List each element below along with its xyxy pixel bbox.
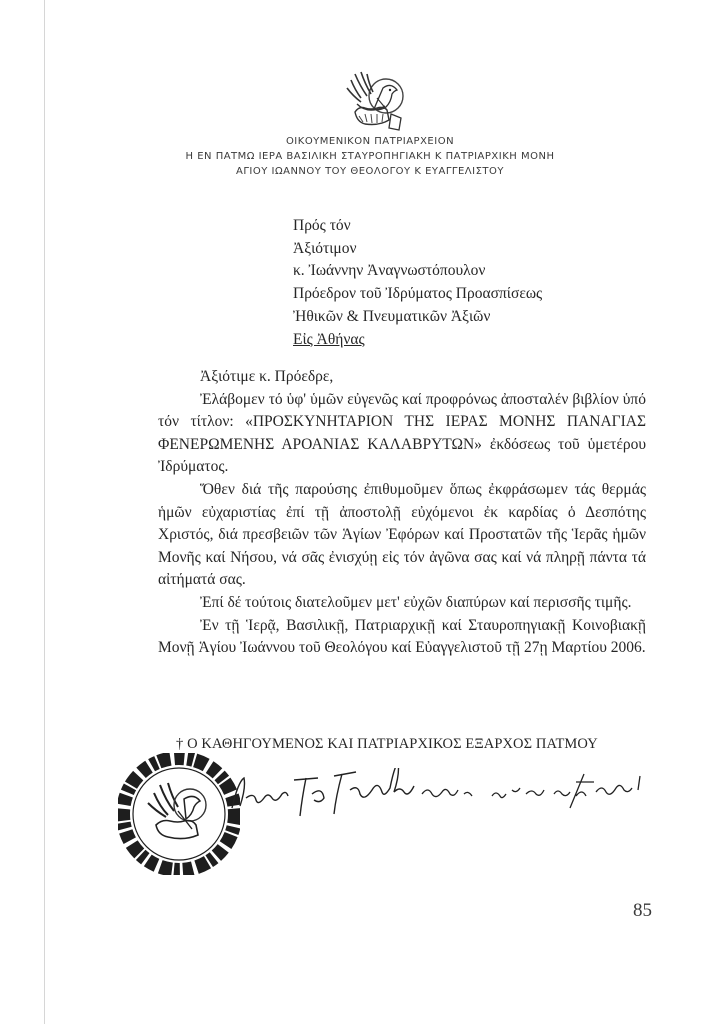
- letterhead-line-2: Η ΕΝ ΠΑΤΜΩ ΙΕΡΑ ΒΑΣΙΛΙΚΗ ΣΤΑΥΡΟΠΗΓΙΑΚΗ Κ…: [150, 149, 590, 164]
- letter-body: Ἀξιότιμε κ. Πρόεδρε, Ἐλάβομεν τό ὑφ' ὑμῶ…: [158, 366, 646, 660]
- recipient-city: Εἰς Ἀθήνας: [293, 329, 542, 352]
- scan-page-edge: [44, 0, 45, 1024]
- recipient-line: Ἠθικῶν & Πνευματικῶν Ἀξιῶν: [293, 306, 542, 329]
- monastery-seal-icon: [118, 753, 240, 875]
- body-paragraph: Ἐλάβομεν τό ὑφ' ὑμῶν εὐγενῶς καί προφρόν…: [158, 389, 646, 479]
- body-paragraph: Ἐπί δέ τούτοις διατελοῦμεν μετ' εὐχῶν δι…: [158, 592, 646, 615]
- handwritten-signature-icon: [230, 768, 650, 828]
- recipient-line: Ἀξιότιμον: [293, 238, 542, 261]
- page-number: 85: [633, 900, 652, 922]
- body-paragraph: Ὅθεν διά τῆς παρούσης ἐπιθυμοῦμεν ὅπως ἐ…: [158, 479, 646, 592]
- recipient-line: Πρόεδρον τοῦ Ἰδρύματος Προασπίσεως: [293, 283, 542, 306]
- letterhead-line-3: ΑΓΙΟΥ ΙΩΑΝΝΟΥ ΤΟΥ ΘΕΟΛΟΓΟΥ Κ ΕΥΑΓΓΕΛΙΣΤΟ…: [150, 164, 590, 179]
- signatory-title: † Ο ΚΑΘΗΓΟΥΜΕΝΟΣ ΚΑΙ ΠΑΤΡΙΑΡΧΙΚΟΣ ΕΞΑΡΧΟ…: [176, 736, 598, 753]
- letterhead: ΟΙΚΟΥΜΕΝΙΚΟΝ ΠΑΤΡΙΑΡΧΕΙΟΝ Η ΕΝ ΠΑΤΜΩ ΙΕΡ…: [150, 134, 590, 179]
- recipient-line: κ. Ἰωάννην Ἀναγνωστόπουλον: [293, 260, 542, 283]
- letterhead-line-1: ΟΙΚΟΥΜΕΝΙΚΟΝ ΠΑΤΡΙΑΡΧΕΙΟΝ: [150, 134, 590, 149]
- eagle-emblem-icon: [341, 68, 411, 136]
- recipient-line: Πρός τόν: [293, 215, 542, 238]
- greeting: Ἀξιότιμε κ. Πρόεδρε,: [158, 366, 646, 389]
- body-paragraph: Ἐν τῇ Ἱερᾷ, Βασιλικῇ, Πατριαρχικῇ καί Στ…: [158, 615, 646, 660]
- recipient-address: Πρός τόν Ἀξιότιμον κ. Ἰωάννην Ἀναγνωστόπ…: [293, 215, 542, 351]
